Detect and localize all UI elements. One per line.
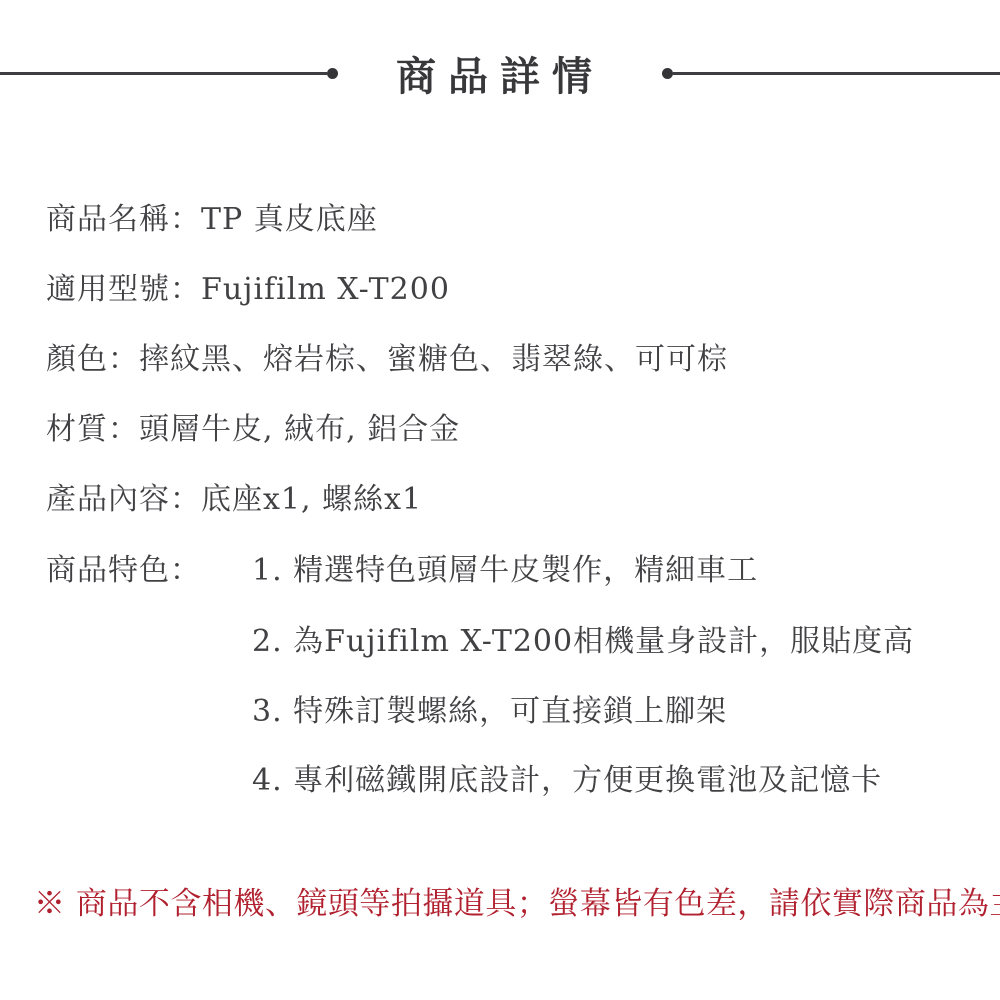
field-label: 適用型號： (46, 272, 201, 307)
field-label: 產品內容： (46, 482, 201, 517)
divider-line-right (673, 72, 1000, 75)
divider-line-left (0, 72, 327, 75)
field-label: 顏色： (46, 342, 139, 377)
field-row-compatible-model: 適用型號：Fujifilm X-T200 (46, 272, 450, 308)
field-value: Fujifilm X-T200 (201, 272, 450, 307)
field-row-product-name: 商品名稱：TP 真皮底座 (46, 202, 378, 238)
feature-item-1: 1. 精選特色頭層牛皮製作，精細車工 (252, 553, 758, 589)
section-header: 商品詳情 (0, 50, 1000, 96)
field-value: TP 真皮底座 (201, 202, 378, 237)
field-value: 底座x1, 螺絲x1 (201, 482, 422, 517)
feature-item-2: 2. 為Fujifilm X-T200相機量身設計，服貼度高 (252, 624, 914, 660)
field-label: 商品名稱： (46, 202, 201, 237)
field-label: 材質： (46, 412, 139, 447)
field-row-color: 顏色：摔紋黑、熔岩棕、蜜糖色、翡翠綠、可可棕 (46, 342, 728, 378)
field-value: 頭層牛皮, 絨布, 鋁合金 (139, 412, 460, 447)
disclaimer-note: ※ 商品不含相機、鏡頭等拍攝道具；螢幕皆有色差，請依實際商品為主 (34, 885, 1000, 923)
field-row-material: 材質：頭層牛皮, 絨布, 鋁合金 (46, 412, 460, 448)
product-detail-page: 商品詳情 商品名稱：TP 真皮底座 適用型號：Fujifilm X-T200 顏… (0, 0, 1000, 1000)
feature-item-4: 4. 專利磁鐵開底設計，方便更換電池及記憶卡 (252, 763, 882, 799)
features-label: 商品特色： (46, 553, 201, 589)
feature-item-3: 3. 特殊訂製螺絲，可直接鎖上腳架 (252, 694, 727, 730)
page-title: 商品詳情 (396, 45, 604, 102)
field-row-package-contents: 產品內容：底座x1, 螺絲x1 (46, 482, 422, 518)
divider-dot-right-icon (662, 68, 673, 79)
field-value: 摔紋黑、熔岩棕、蜜糖色、翡翠綠、可可棕 (139, 342, 728, 377)
divider-dot-left-icon (327, 68, 338, 79)
